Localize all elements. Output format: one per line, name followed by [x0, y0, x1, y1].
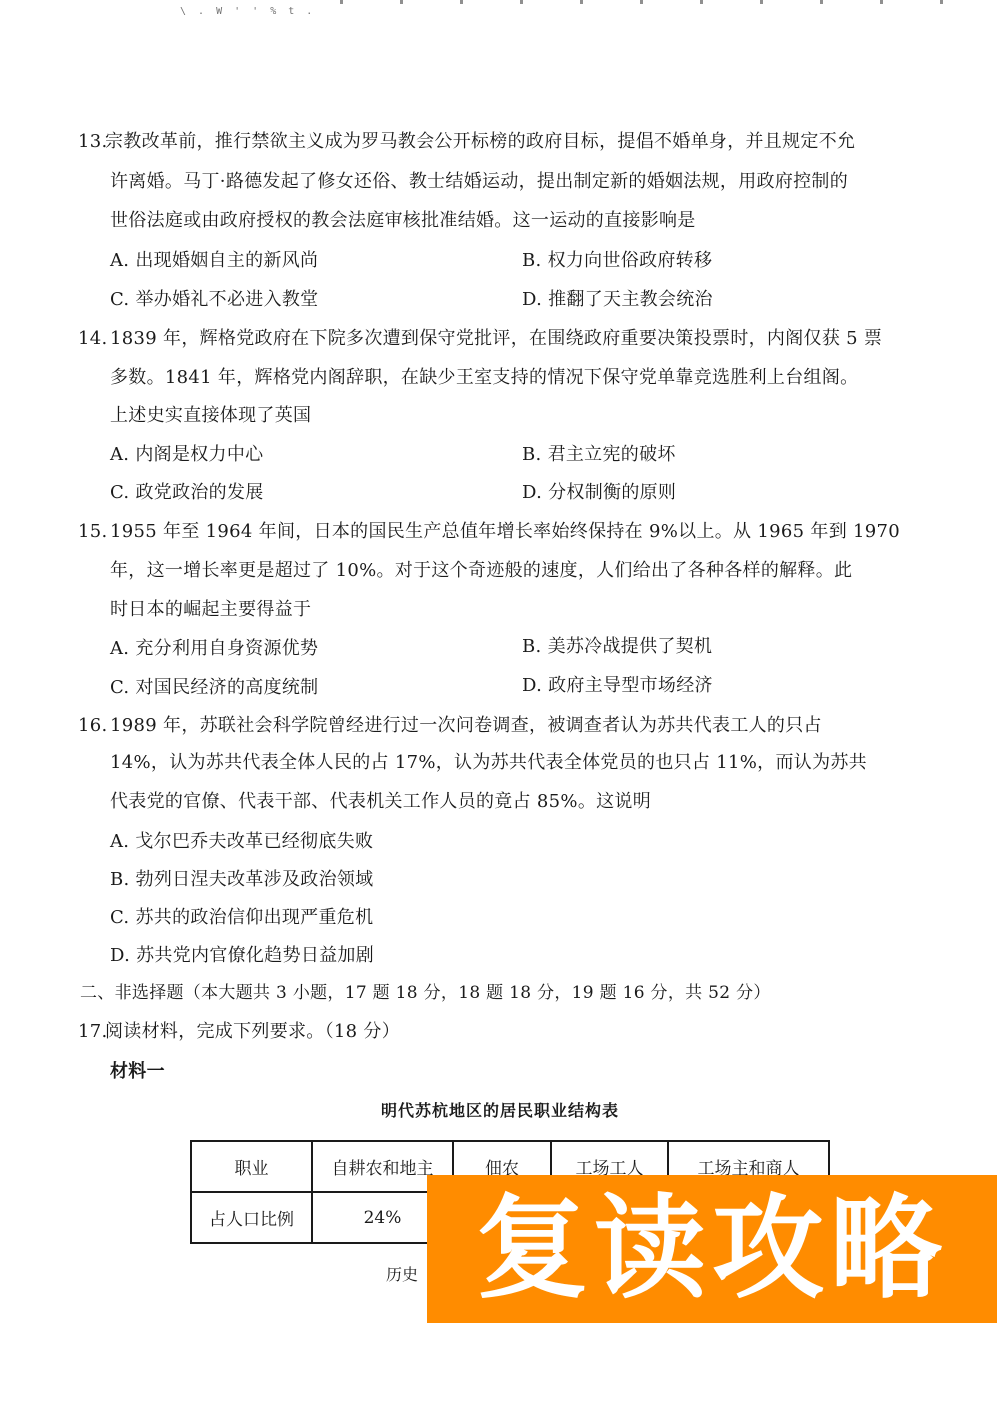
option-d: D. 分权制衡的原则	[522, 481, 676, 505]
option-d: D. 政府主导型市场经济	[522, 674, 713, 698]
table-header-cell: 职业	[191, 1141, 312, 1192]
table-row-label: 占人口比例	[191, 1192, 312, 1243]
option-b: B. 权力向世俗政府转移	[522, 249, 712, 273]
question-stem-line: 代表党的官僚、代表干部、代表机关工作人员的竟占 85%。这说明	[110, 790, 651, 814]
question-stem-line: 世俗法庭或由政府授权的教会法庭审核批准结婚。这一运动的直接影响是	[110, 209, 696, 233]
question-stem-line: 多数。1841 年，辉格党内阁辞职，在缺少王室支持的情况下保守党单靠竞选胜利上台…	[110, 366, 858, 390]
question-number: 17.	[78, 1020, 108, 1044]
question-stem-line: 许离婚。马丁·路德发起了修女还俗、教士结婚运动，提出制定新的婚姻法规，用政府控制…	[110, 170, 848, 194]
option-b: B. 美苏冷战提供了契机	[522, 635, 712, 659]
option-c: C. 举办婚礼不必进入教堂	[110, 288, 318, 312]
option-a: A. 内阁是权力中心	[110, 443, 263, 467]
question-stem-line: 14%，认为苏共代表全体人民的占 17%，认为苏共代表全体党员的也只占 11%，…	[110, 751, 867, 775]
option-a: A. 出现婚姻自主的新风尚	[110, 249, 318, 273]
scan-artifact-bar	[340, 0, 1000, 4]
footer-subject: 历史	[386, 1262, 418, 1285]
option-d: D. 苏共党内官僚化趋势日益加剧	[110, 944, 374, 968]
question-number: 14.	[78, 327, 108, 351]
question-stem-line: 1955 年至 1964 年间，日本的国民生产总值年增长率始终保持在 9%以上。…	[110, 520, 900, 544]
scan-artifact-text: \ . W ' ' % t .	[180, 6, 360, 20]
watermark-text: 复读攻略	[476, 1193, 948, 1305]
material-label: 材料一	[110, 1060, 165, 1084]
option-c: C. 对国民经济的高度统制	[110, 676, 318, 700]
question-number: 13.	[78, 130, 108, 154]
option-a: A. 充分利用自身资源优势	[110, 637, 318, 661]
table-title: 明代苏杭地区的居民职业结构表	[0, 1098, 1000, 1121]
question-stem-line: 1989 年，苏联社会科学院曾经进行过一次问卷调查，被调查者认为苏共代表工人的只…	[110, 714, 822, 738]
option-b: B. 君主立宪的破坏	[522, 443, 676, 467]
watermark-banner: 复读攻略	[427, 1175, 997, 1323]
section-heading: 二、非选择题（本大题共 3 小题，17 题 18 分，18 题 18 分，19 …	[80, 981, 771, 1005]
question-stem-line: 宗教改革前，推行禁欲主义成为罗马教会公开标榜的政府目标，提倡不婚单身，并且规定不…	[105, 130, 855, 154]
question-stem-line: 上述史实直接体现了英国	[110, 404, 311, 428]
question-number: 15.	[78, 520, 108, 544]
question-stem-line: 1839 年，辉格党政府在下院多次遭到保守党批评，在围绕政府重要决策投票时，内阁…	[110, 327, 882, 351]
option-c: C. 苏共的政治信仰出现严重危机	[110, 906, 373, 930]
option-c: C. 政党政治的发展	[110, 481, 264, 505]
option-d: D. 推翻了天主教会统治	[522, 288, 713, 312]
option-b: B. 勃列日涅夫改革涉及政治领域	[110, 868, 373, 892]
question-stem-line: 时日本的崛起主要得益于	[110, 598, 311, 622]
question-stem-line: 年，这一增长率更是超过了 10%。对于这个奇迹般的速度，人们给出了各种各样的解释…	[110, 559, 852, 583]
question-number: 16.	[78, 714, 108, 738]
question-stem: 阅读材料，完成下列要求。（18 分）	[105, 1020, 400, 1044]
option-a: A. 戈尔巴乔夫改革已经彻底失败	[110, 830, 373, 854]
